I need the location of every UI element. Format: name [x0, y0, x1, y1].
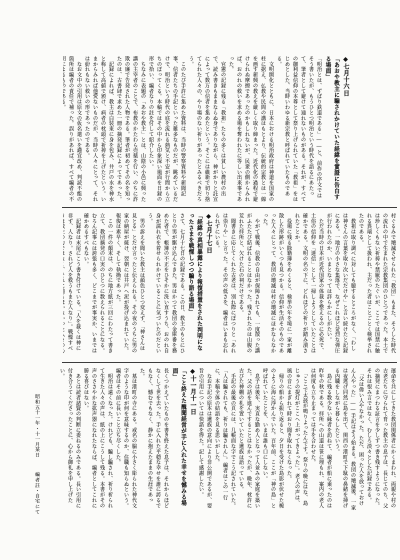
entry-3-body: 長くつかえていたものを書き終えた息子は、それからほどなくして世を去った。手に入れ… [58, 368, 170, 511]
entry-2-body: さて、七月十七日の記録である。この日、教主のもとにひとりの男が駆け込んできた。男… [63, 213, 186, 356]
entry-1-date: ◆七月十六日 [340, 56, 350, 203]
colophon-editor-note: 編者註・自宅にて [34, 463, 39, 514]
entry-1-body: 「明治とは、ずばり鉄道である」――と、前作の序文ではそう書いたが、もうひとつ明治… [63, 56, 323, 203]
entry-3-title: 「こと終えた醜聞経営が手に入れた幸せを憾みる場面」 [170, 368, 187, 511]
colophon-date: 昭和五十一年・十一月某日 [34, 394, 39, 458]
text-band-1: ◆七月十六日 「あおや教主に騙されかけていた経緯を實證に告白する場面」 「明治と… [63, 56, 350, 203]
colophon: 昭和五十一年・十一月某日 編者註・自宅にて [27, 394, 41, 516]
scanned-book-page: ◆七月十六日 「あおや教主に騙されかけていた経緯を實證に告白する場面」 「明治と… [0, 0, 400, 560]
entry-2-body-continued: 運命を共にしてきた教団関係者にかくまわれ、両親や村の古老たちに守られて育った教主… [197, 368, 397, 511]
entry-1-title: 「あおや教主に騙されかけていた経緯を實證に告白する場面」 [323, 56, 340, 203]
band-divider-1 [62, 207, 397, 208]
entry-2-title: 「経緯の真相暴露により報復措置をされた判明になったさまを戦慄しつつ騙り語る場面」 [186, 213, 203, 356]
entry-1-body-continued: 村ぐるみで壊滅させられた「教団」もまた、そうした時代の流れの中で生まれた宗教集団… [213, 213, 397, 356]
entry-2-date: ◆七月十七日 [203, 213, 213, 356]
text-band-2: 村ぐるみで壊滅させられた「教団」もまた、そうした時代の流れの中で生まれた宗教集団… [63, 213, 397, 356]
band-divider-2 [62, 362, 397, 363]
text-band-3: 運命を共にしてきた教団関係者にかくまわれ、両親や村の古老たちに守られて育った教主… [46, 368, 397, 511]
entry-3-date: ◆十一月十一日 [187, 368, 197, 511]
